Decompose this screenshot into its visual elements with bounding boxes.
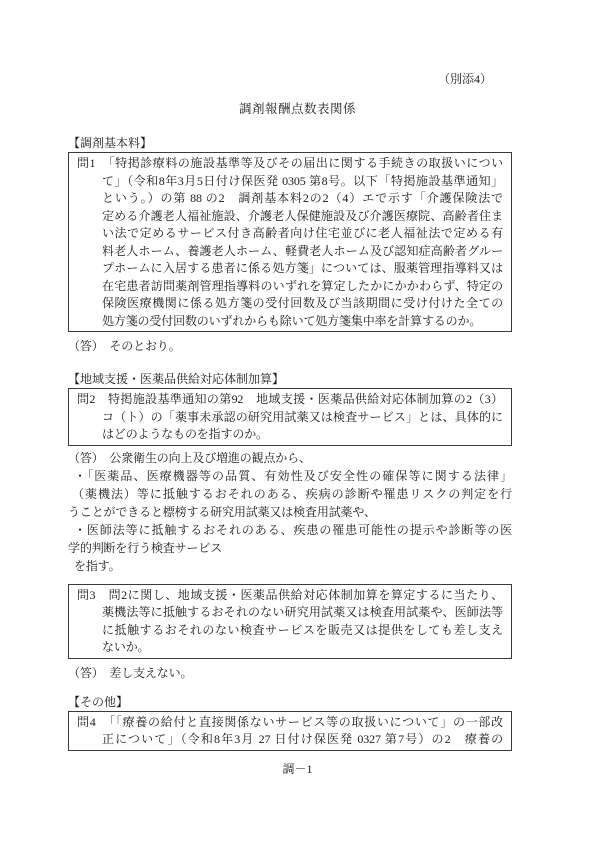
question-line: い法で定めるサービス付き高齢者向け住宅並びに老人福祉法で定める有 — [102, 225, 503, 243]
answer-block-2: （答） 公衆衛生の向上及び増進の観点から、 ・「医薬品、医療機器等の品質、有効性… — [68, 449, 512, 575]
question-line: はどのようなものを指すのか。 — [102, 426, 503, 444]
answer-line: ・「医薬品、医療機器等の品質、有効性及び安全性の確保等に関する法律」 — [74, 467, 512, 485]
question-line: プホームに入居する患者に係る処方箋」については、服薬管理指導料又は — [102, 260, 503, 278]
question-box-4: 問4 「「療養の給付と直接関係ないサービス等の取扱いについて」の一部改 正につい… — [68, 711, 512, 751]
question-box-2: 問2 特掲施設基準通知の第92 地域支援・医薬品供給対応体制加算の2（3） コ（… — [68, 388, 512, 446]
question-line: ないか。 — [102, 639, 503, 657]
answer-line: （薬機法）等に抵触するおそれのある、疾病の診断や罹患リスクの判定を行 — [72, 485, 512, 503]
question-line: 薬機法等に抵触するおそれのない研究用試薬又は検査用試薬や、医師法等 — [102, 604, 503, 622]
question-line: に抵触するおそれのない検査サービスを販売又は提供をしても差し支え — [102, 622, 503, 640]
question-line: 問3 問2に関し、地域支援・医薬品供給対応体制加算を算定するに当たり、 — [77, 587, 503, 605]
page-number: 調－1 — [0, 760, 595, 778]
question-box-3: 問3 問2に関し、地域支援・医薬品供給対応体制加算を算定するに当たり、 薬機法等… — [68, 584, 512, 659]
question-line: 定める介護老人福祉施設、介護老人保健施設及び介護医療院、高齢者住ま — [102, 208, 503, 226]
answer-line: （答） そのとおり。 — [68, 337, 512, 355]
question-box-1: 問1 「特掲診療料の施設基準等及びその届出に関する手続きの取扱いについ て」（令… — [68, 152, 512, 332]
section-heading-sonota: 【その他】 — [68, 693, 595, 711]
question-line: 問2 特掲施設基準通知の第92 地域支援・医薬品供給対応体制加算の2（3） — [77, 391, 503, 409]
question-line: 正について」（令和8年3月 27 日付け保医発 0327 第7号）の2 療養の — [102, 731, 503, 749]
answer-line: を指す。 — [74, 557, 512, 575]
question-line: 問1 「特掲診療料の施設基準等及びその届出に関する手続きの取扱いについ — [77, 155, 503, 173]
document-page: （別添4） 調剤報酬点数表関係 【調剤基本料】 問1 「特掲診療料の施設基準等及… — [0, 0, 595, 841]
answer-line: （答） 公衆衛生の向上及び増進の観点から、 — [68, 449, 512, 467]
question-line: 問4 「「療養の給付と直接関係ないサービス等の取扱いについて」の一部改 — [77, 714, 503, 732]
answer-line: （答） 差し支えない。 — [68, 664, 512, 682]
answer-line: ・医師法等に抵触するおそれのある、疾患の罹患可能性の提示や診断等の医 — [74, 521, 512, 539]
question-line: 保険医療機関に係る処方箋の受付回数及び当該期間に受け付けた全ての — [102, 295, 503, 313]
question-line: 処方箋の受付回数のいずれからも除いて処方箋集中率を計算するのか。 — [102, 313, 503, 331]
question-line: 在宅患者訪問薬剤管理指導料のいずれを算定したかにかかわらず、特定の — [102, 278, 503, 296]
section-heading-kihonryo: 【調剤基本料】 — [68, 134, 595, 152]
answer-line: うことができると標榜する研究用試薬又は検査用試薬や、 — [68, 503, 512, 521]
answer-line: 学的判断を行う検査サービス — [68, 539, 512, 557]
question-line: という。）の第 88 の2 調剤基本料2の2（4）エで示す「介護保険法で — [102, 190, 503, 208]
answer-block-1: （答） そのとおり。 — [68, 337, 512, 355]
question-line: て」（令和8年3月5日付け保医発 0305 第8号。以下「特掲施設基準通知」 — [102, 173, 503, 191]
page-title: 調剤報酬点数表関係 — [0, 101, 595, 118]
answer-block-3: （答） 差し支えない。 — [68, 664, 512, 682]
section-heading-chiiki-shien: 【地域支援・医薬品供給対応体制加算】 — [68, 370, 595, 388]
question-line: コ（ト）の「薬事未承認の研究用試薬又は検査サービス」とは、具体的に — [102, 409, 503, 427]
attachment-label: （別添4） — [68, 70, 512, 88]
question-line: 料老人ホーム、養護老人ホーム、軽費老人ホーム及び認知症高齢者グルー — [102, 243, 503, 261]
